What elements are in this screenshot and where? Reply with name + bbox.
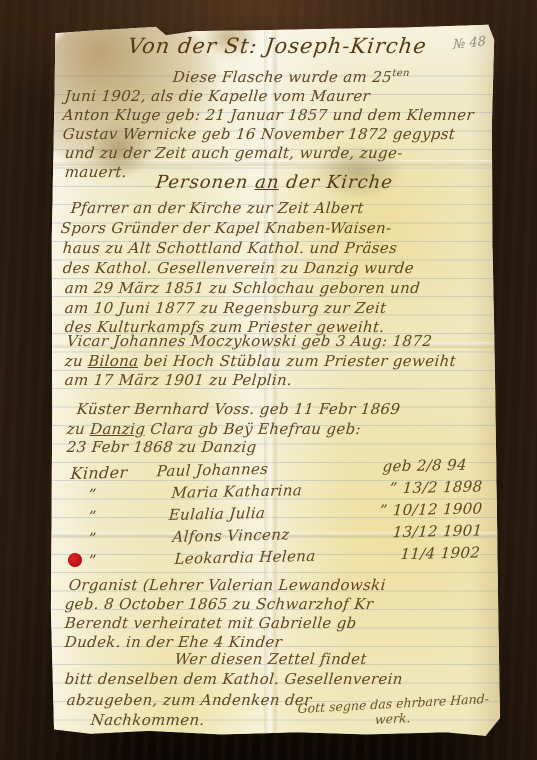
manuscript-line: Nachkommen. bbox=[90, 711, 205, 729]
manuscript-line: Wer diesen Zettel findet bbox=[174, 650, 368, 668]
kinder-date: ” 13/2 1898 bbox=[389, 477, 483, 497]
manuscript-line: Juni 1902, als die Kapelle vom Maurer bbox=[64, 87, 371, 105]
manuscript-line: Vicar Johannes Moczykowski geb 3 Aug: 18… bbox=[66, 332, 433, 350]
manuscript-paper: Von der St: Joseph-Kirche № 48 Diese Fla… bbox=[50, 24, 500, 738]
manuscript-line: Dudek. in der Ehe 4 Kinder bbox=[64, 633, 283, 651]
section-heading: Personen an der Kirche bbox=[155, 172, 394, 193]
manuscript-line: Berendt verheiratet mit Gabrielle gb bbox=[64, 614, 357, 632]
vicar-line2-prefix: zu bbox=[64, 352, 89, 370]
ordinal-superscript: ten bbox=[392, 68, 410, 79]
manuscript-line: mauert. bbox=[64, 163, 128, 181]
manuscript-line: Küster Bernhard Voss. geb 11 Febr 1869 bbox=[76, 400, 401, 418]
kinder-date: 11/4 1902 bbox=[400, 543, 483, 563]
manuscript-line: am 17 März 1901 zu Pelplin. bbox=[64, 371, 293, 389]
intro-line1-text: Diese Flasche wurde am 25 bbox=[172, 68, 393, 86]
manuscript-line: zu Danzig Clara gb Beÿ Ehefrau geb: bbox=[66, 420, 362, 438]
heading-text: Personen bbox=[155, 172, 256, 193]
manuscript-line: und zu der Zeit auch gemalt, wurde, zuge… bbox=[64, 144, 403, 162]
kinder-label: Kinder bbox=[70, 462, 157, 483]
pencil-number-note: № 48 bbox=[453, 34, 486, 53]
vicar-place-underlined: Bilona bbox=[87, 352, 139, 370]
document-title: Von der St: Joseph-Kirche bbox=[127, 34, 429, 58]
kinder-name: Maria Katharina bbox=[171, 479, 390, 502]
manuscript-line: haus zu Alt Schottland Kathol. und Präse… bbox=[62, 239, 398, 257]
manuscript-line: Gustav Wernicke geb 16 November 1872 geg… bbox=[62, 125, 456, 143]
kuester-line2-suffix: Clara gb Beÿ Ehefrau geb: bbox=[144, 420, 361, 438]
manuscript-line: Anton Kluge geb: 21 Januar 1857 und dem … bbox=[62, 106, 475, 124]
manuscript-line: Organist (Lehrer Valerian Lewandowski bbox=[68, 576, 387, 594]
heading-text: der Kirche bbox=[278, 172, 394, 193]
manuscript-line: des Kathol. Gesellenverein zu Danzig wur… bbox=[62, 259, 415, 277]
manuscript-line: am 29 März 1851 zu Schlochau geboren und bbox=[64, 279, 421, 297]
manuscript-line: geb. 8 October 1865 zu Schwarzhof Kr bbox=[64, 595, 374, 613]
manuscript-line: bitt denselben dem Kathol. Gesellenverei… bbox=[64, 670, 404, 688]
manuscript-line: Pfarrer an der Kirche zur Zeit Albert bbox=[70, 199, 365, 217]
kuester-place-underlined: Danzig bbox=[89, 420, 146, 438]
kinder-name: Eulalia Julia bbox=[168, 501, 380, 523]
kinder-date: geb 2/8 94 bbox=[382, 455, 483, 476]
ditto-mark: ” bbox=[70, 484, 172, 504]
manuscript-line: Spors Gründer der Kapel Knaben-Waisen- bbox=[60, 219, 392, 237]
kinder-date: ” 10/12 1900 bbox=[379, 499, 483, 519]
heading-underlined-word: an bbox=[254, 172, 281, 193]
vicar-line2-suffix: bei Hoch Stüblau zum Priester geweiht bbox=[138, 352, 457, 370]
manuscript-text: Von der St: Joseph-Kirche № 48 Diese Fla… bbox=[50, 24, 500, 738]
kinder-row: ” Leokardia Helena 11/4 1902 bbox=[70, 543, 483, 570]
blessing-note: Gott segne das ehrbare Hand- werk. bbox=[288, 690, 499, 731]
manuscript-line: zu Bilona bei Hoch Stüblau zum Priester … bbox=[64, 352, 457, 370]
kinder-name: Paul Johannes bbox=[156, 457, 383, 481]
kinder-date: 13/12 1901 bbox=[392, 521, 483, 541]
ditto-mark: ” bbox=[70, 506, 169, 526]
kuester-line2-prefix: zu bbox=[66, 420, 91, 438]
manuscript-line: 23 Febr 1868 zu Danzig bbox=[66, 438, 257, 456]
kinder-name: Alfons Vincenz bbox=[172, 523, 394, 546]
kinder-name: Leokardia Helena bbox=[174, 545, 401, 568]
manuscript-line: am 10 Juni 1877 zu Regensburg zur Zeit bbox=[64, 299, 387, 317]
ditto-mark: ” bbox=[70, 550, 175, 570]
manuscript-line: abzugeben, zum Andenken der bbox=[66, 691, 313, 709]
photo-scene: Von der St: Joseph-Kirche № 48 Diese Fla… bbox=[0, 0, 537, 760]
manuscript-line: Diese Flasche wurde am 25ten bbox=[172, 68, 410, 86]
ditto-mark: ” bbox=[70, 528, 173, 548]
